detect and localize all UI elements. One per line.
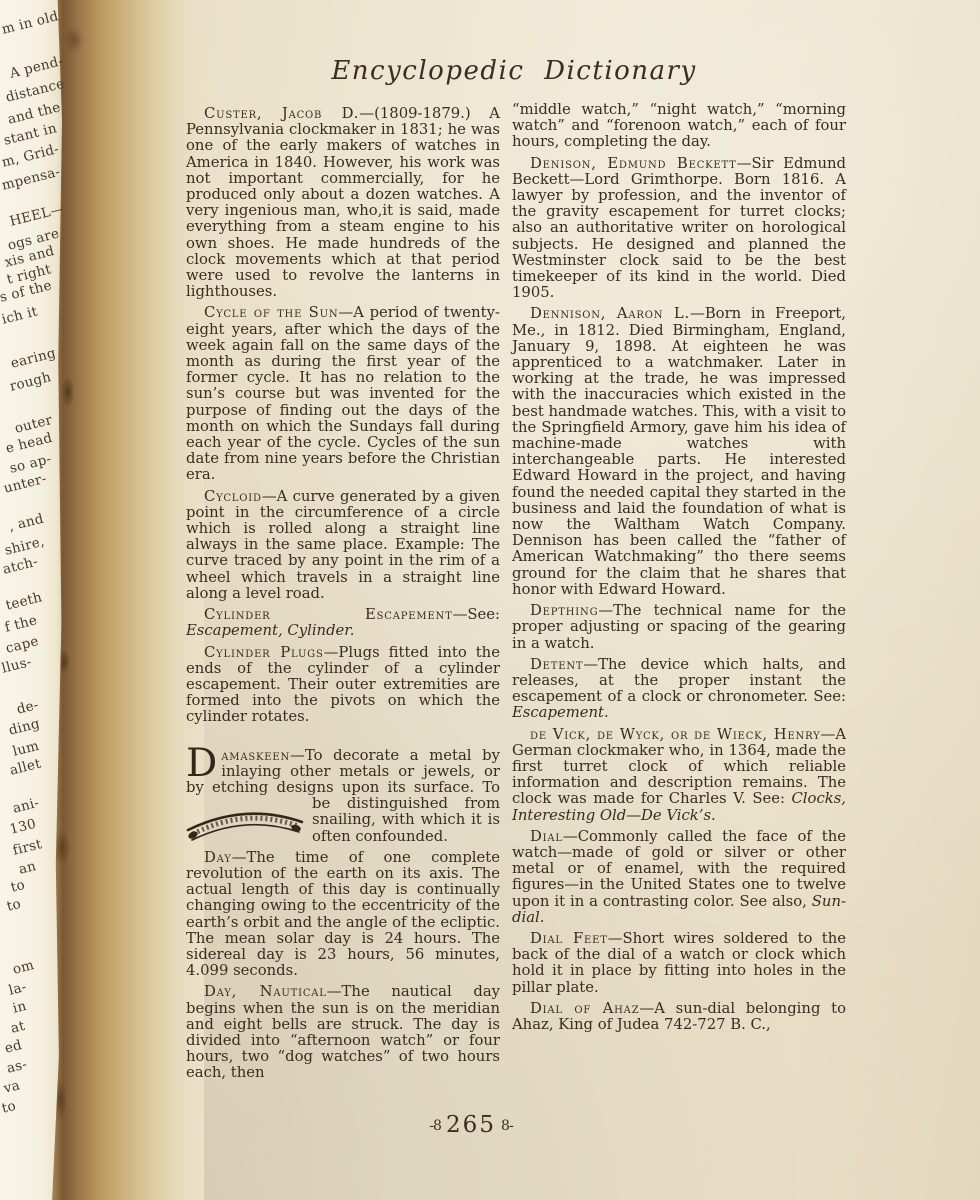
dictionary-entry: Dial of Ahaz—A sun-dial belonging to Aha…	[512, 1001, 846, 1033]
entry-text: —(1809-1879.) A Pennsylvania clockmaker …	[186, 105, 500, 300]
engraving-ornament-illustration	[186, 799, 304, 845]
entry-term: Cylinder Plugs	[204, 644, 324, 661]
entry-term: Dennison, Aaron L.	[530, 305, 690, 322]
entry-text: —A period of twenty-eight years, after w…	[186, 304, 500, 483]
dictionary-entry: Damaskeen—To decorate a metal by inlayin…	[186, 748, 500, 845]
dictionary-entry: Day—The time of one complete revolution …	[186, 850, 500, 980]
drop-cap: D	[186, 748, 221, 779]
entry-text: —A curve generated by a given point in t…	[186, 488, 500, 602]
dictionary-entry: Dial Feet—Short wires soldered to the ba…	[512, 931, 846, 996]
page-number-right-ornament: 8-	[501, 1118, 513, 1134]
dictionary-entry: Dennison, Aaron L.—Born in Freeport, Me.…	[512, 306, 846, 598]
dictionary-page: Encyclopedic Dictionary Custer, Jacob D.…	[0, 0, 980, 1200]
entry-term: Depthing	[530, 602, 598, 619]
dictionary-entry: Cycloid—A curve generated by a given poi…	[186, 489, 500, 602]
entry-text: —Commonly called the face of the watch—m…	[512, 828, 846, 910]
dictionary-entry: Custer, Jacob D.—(1809-1879.) A Pennsylv…	[186, 106, 500, 300]
entry-text: —See:	[453, 606, 500, 623]
entry-term: Custer, Jacob D.	[204, 105, 359, 122]
entry-term: Dial	[530, 828, 563, 845]
dictionary-entry: Denison, Edmund Beckett—Sir Edmund Becke…	[512, 156, 846, 302]
right-column: “middle watch,” “night watch,” “morning …	[512, 102, 846, 1033]
entry-text: “middle watch,” “night watch,” “morning …	[512, 101, 846, 150]
dictionary-entry: Day, Nautical—The nautical day begins wh…	[186, 984, 500, 1081]
left-column: Custer, Jacob D.—(1809-1879.) A Pennsylv…	[186, 106, 500, 1082]
page-number-left-ornament: -8	[429, 1118, 441, 1134]
dictionary-entry: Depthing—The technical name for the prop…	[512, 603, 846, 652]
entry-term: de Vick, de Wyck, or de Wieck, Henry	[530, 726, 821, 743]
entry-term: Cycle of the Sun	[204, 304, 338, 321]
dictionary-entry: Cycle of the Sun—A period of twenty-eigh…	[186, 305, 500, 483]
entry-text: Escapement, Cylinder.	[186, 622, 354, 639]
dictionary-entry: “middle watch,” “night watch,” “morning …	[512, 102, 846, 151]
dictionary-entry: Dial—Commonly called the face of the wat…	[512, 829, 846, 926]
entry-term: Day	[204, 849, 232, 866]
dictionary-entry: Cylinder Escapement—See: Escapement, Cyl…	[186, 607, 500, 639]
entry-text: Escapement.	[512, 704, 609, 721]
dictionary-entry: de Vick, de Wyck, or de Wieck, Henry—A G…	[512, 727, 846, 824]
entry-term: Cycloid	[204, 488, 262, 505]
dictionary-entry: Cylinder Plugs—Plugs fitted into the end…	[186, 645, 500, 726]
entry-term: Dial Feet	[530, 930, 608, 947]
page-number: -8 265 8-	[186, 1112, 756, 1138]
entry-term: Detent	[530, 656, 583, 673]
dictionary-entry: Detent—The device which halts, and relea…	[512, 657, 846, 722]
entry-term: Day, Nautical	[204, 983, 327, 1000]
entry-term: amaskeen	[221, 747, 290, 764]
entry-text: —Born in Freeport, Me., in 1812. Died Bi…	[512, 305, 846, 597]
entry-term: Dial of Ahaz	[530, 1000, 639, 1017]
entry-term: Denison, Edmund Beckett	[530, 155, 737, 172]
page-title: Encyclopedic Dictionary	[186, 56, 842, 86]
entry-term: Cylinder Escapement	[204, 606, 453, 623]
entry-text: —The time of one complete revolution of …	[186, 849, 500, 979]
entry-text: —Sir Edmund Beckett—Lord Grimthorpe. Bor…	[512, 155, 846, 302]
